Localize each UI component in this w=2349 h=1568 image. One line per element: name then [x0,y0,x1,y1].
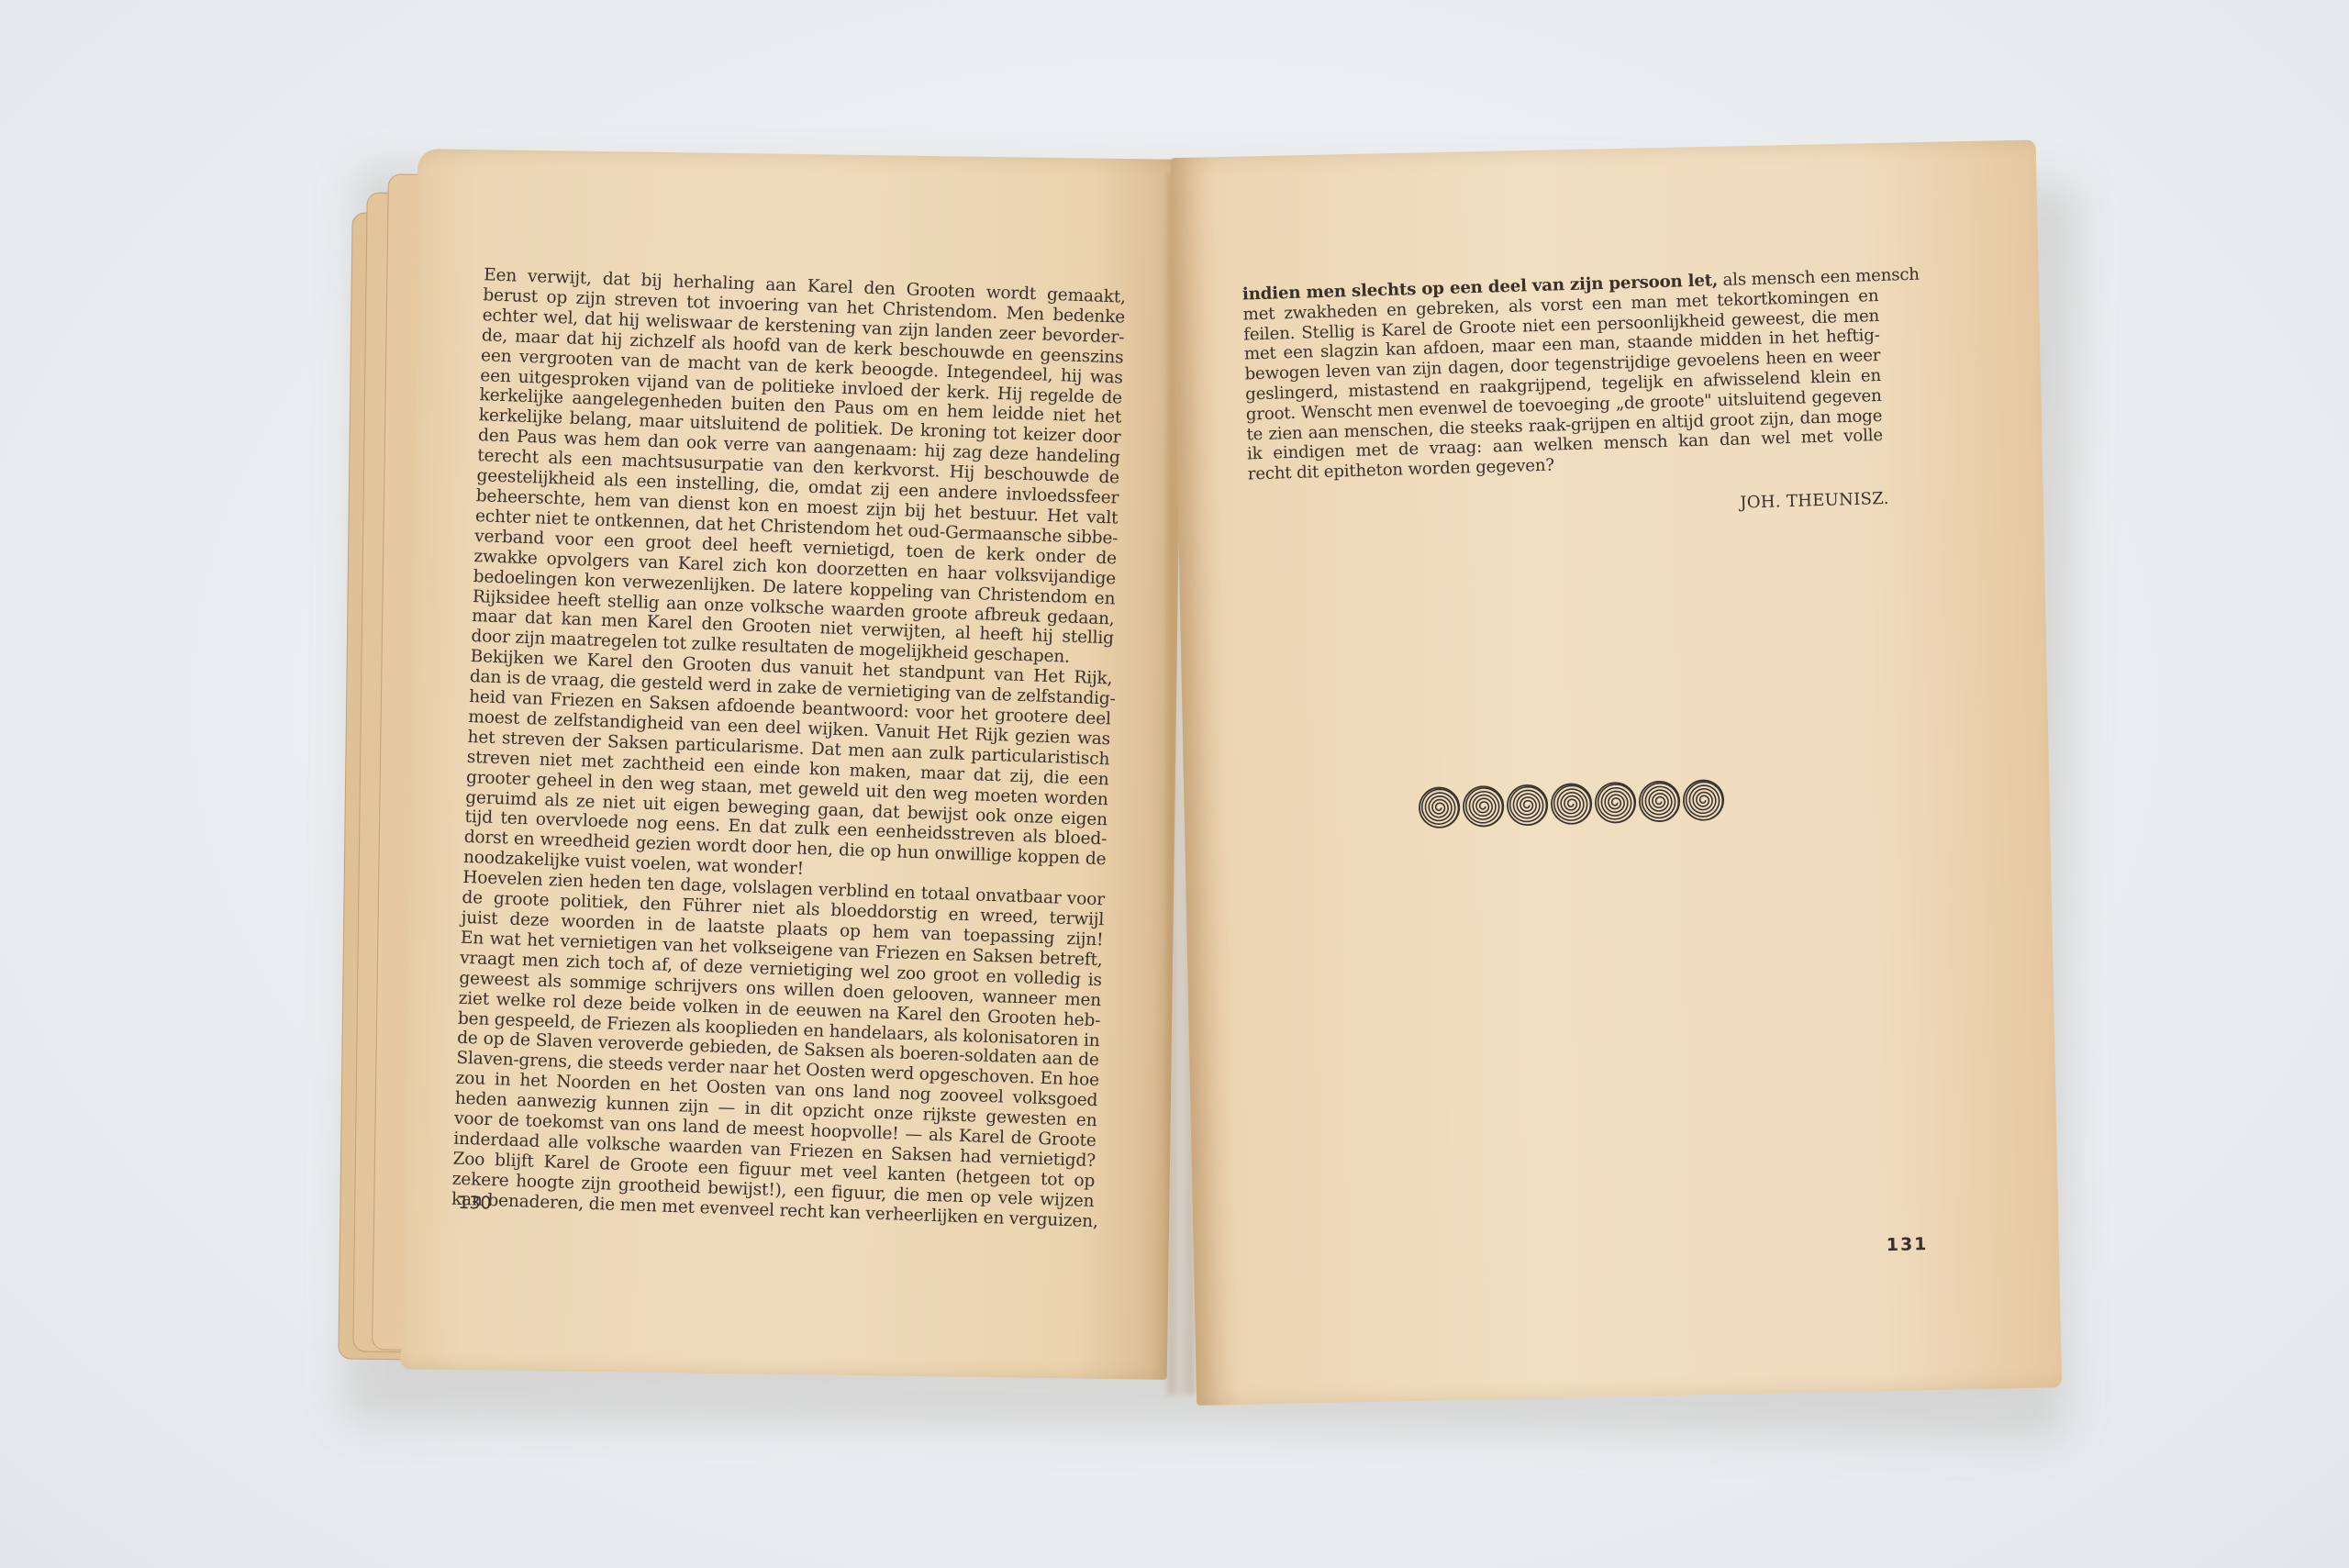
spiral-ornament [1418,779,1725,833]
left-page-body-text: Een verwijt, dat bij herhaling aan Karel… [451,265,1127,1231]
right-page-body-text: indien men slechts op een deel van zijn … [1242,266,1884,484]
spiral-icon [1462,784,1505,831]
spiral-icon [1638,780,1681,827]
photo-scene: Een verwijt, dat bij herhaling aan Karel… [0,0,2349,1568]
author-signature: JOH. THEUNISZ. [1677,489,1889,515]
spiral-icon [1682,779,1725,826]
spiral-icon [1418,786,1461,833]
left-page: Een verwijt, dat bij herhaling aan Karel… [401,149,1184,1380]
page-number-left: 130 [458,1193,492,1214]
right-page: indien men slechts op een deel van zijn … [1171,139,2062,1405]
page-number-right: 131 [1887,1234,1929,1255]
spiral-icon [1506,784,1549,830]
spiral-icon [1594,781,1637,828]
spiral-icon [1550,783,1593,829]
first-line-rest: als mensch een mensch [1718,265,1920,291]
